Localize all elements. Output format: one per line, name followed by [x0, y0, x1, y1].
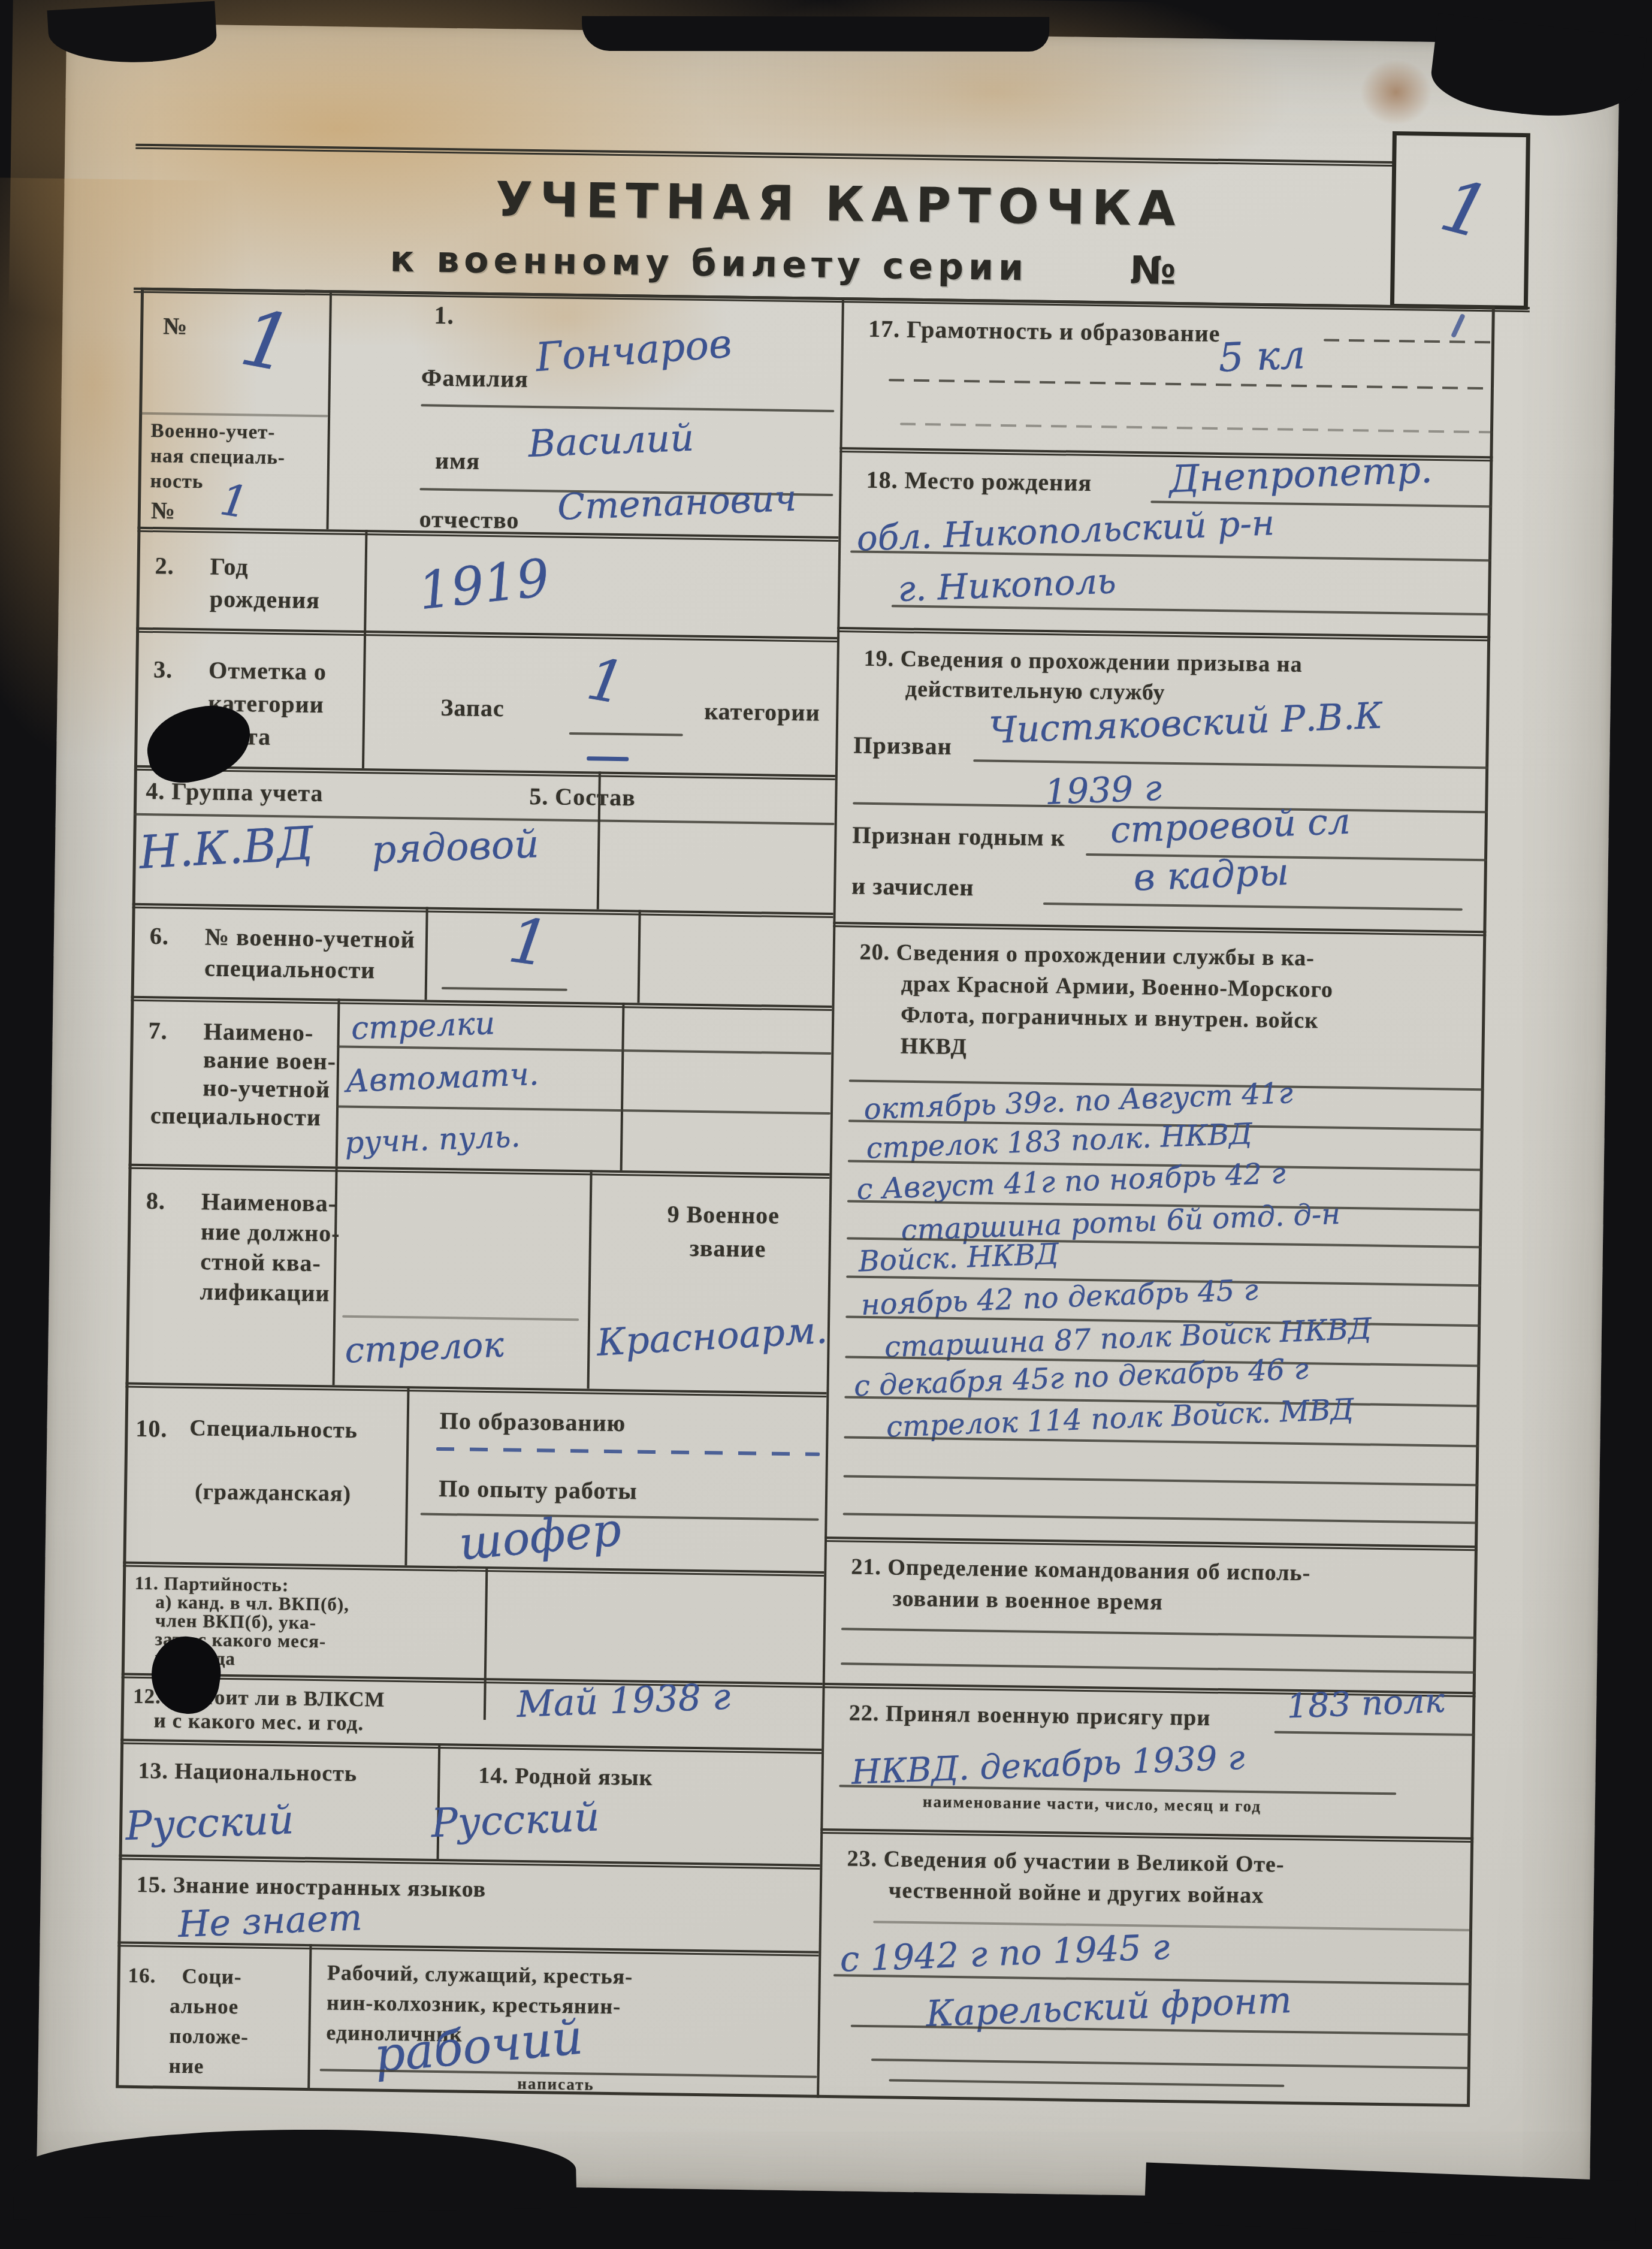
field16-caption: написать [517, 2075, 594, 2094]
field12-value: Май 1938 г [516, 1676, 731, 1726]
rust-spot [1360, 59, 1433, 126]
patronymic-label: отчество [419, 506, 519, 533]
field9-label-1: 9 Военное [667, 1201, 780, 1228]
surname-label: Фамилия [421, 364, 528, 392]
field7-label-3: но-учетной [203, 1074, 330, 1102]
scan-background: УЧЕТНАЯ КАРТОЧКА к военному билету серии… [0, 0, 1652, 2249]
field8-label-1: Наименова- [201, 1188, 337, 1216]
field16-opt-1: Рабочий, служащий, крестья- [327, 1961, 633, 1988]
zachislen-value: в кадры [1132, 850, 1289, 899]
field1-num: 1. [434, 303, 454, 330]
field14-value: Русский [430, 1794, 600, 1846]
field10-label-2: (гражданская) [195, 1480, 352, 1507]
field3-num: 3. [153, 656, 173, 683]
card-subtitle: к военному билету серии [389, 239, 1028, 289]
field16-label-3: положе- [169, 2025, 249, 2049]
field6-label-2: специальности [204, 955, 376, 983]
field10-num: 10. [135, 1415, 168, 1442]
field20-label-4: НКВД [900, 1034, 967, 1060]
field8-label-3: стной ква- [200, 1248, 321, 1276]
field7-label-1: Наимено- [203, 1018, 313, 1046]
name-label: имя [435, 448, 481, 474]
field16-label-4: ние [168, 2055, 204, 2078]
field5-label: 5. Состав [529, 783, 636, 811]
header-top-rule [135, 144, 1394, 167]
field8-label-4: лификации [200, 1278, 330, 1306]
field4-label: 4. Группа учета [146, 778, 324, 806]
vus-label-1: Военно-учет- [151, 421, 276, 444]
torn-edge [582, 16, 1049, 52]
field10-label-1: Специальность [189, 1416, 358, 1443]
field4-value: Н.К.ВД [138, 816, 315, 879]
field16-label-2: альное [170, 1995, 239, 2018]
field7-value-3: ручн. пуль. [344, 1119, 521, 1160]
field5-value: рядовой [371, 822, 540, 873]
field2-label-2: рождения [210, 585, 321, 613]
card-title: УЧЕТНАЯ КАРТОЧКА [496, 171, 1183, 237]
field18-value-3: г. Никополь [897, 560, 1117, 609]
field8-label-2: ние должно- [201, 1218, 340, 1246]
torn-edge [1428, 13, 1647, 127]
field8-num: 8. [146, 1188, 166, 1214]
ink-dash [587, 756, 629, 761]
field19-label-2: действительную службу [905, 677, 1165, 705]
torn-edge [12, 2124, 577, 2220]
field6-num: 6. [150, 923, 170, 949]
torn-edge [47, 1, 218, 67]
field22-label: 22. Принял военную присягу при [849, 1701, 1211, 1731]
field22-value-1: 183 полк [1286, 1682, 1445, 1726]
field8-value: стрелок [344, 1324, 505, 1371]
field16-num: 16. [128, 1964, 156, 1987]
series-number-sign: № [1129, 249, 1183, 294]
field7-label-2: вание воен- [203, 1046, 336, 1074]
field6-label-1: № военно-учетной [205, 923, 415, 952]
zapas-label: Запас [440, 695, 505, 722]
goden-label: Признан годным к [852, 822, 1065, 850]
edu-label: По образованию [439, 1408, 626, 1436]
reg-no-sign: № [163, 313, 188, 339]
field18-label: 18. Место рождения [866, 467, 1092, 496]
field17-value: 5 кл [1218, 331, 1306, 381]
vus-label-3: ность [150, 471, 203, 493]
torn-edge [1144, 2163, 1637, 2241]
field15-value: Не знает [177, 1897, 363, 1946]
field16-label-1: Соци- [182, 1965, 241, 1988]
field15-label: 15. Знание иностранных языков [137, 1873, 487, 1902]
field13-label: 13. Национальность [138, 1759, 357, 1786]
prizvan-label: Призван [853, 732, 952, 759]
field7-value-2: Автоматч. [345, 1056, 540, 1100]
name-value: Василий [527, 415, 694, 466]
field7-value-1: стрелки [351, 1006, 496, 1047]
field2-num: 2. [155, 553, 174, 579]
field7-label-4: специальности [150, 1102, 322, 1130]
field21-label-2: зовании в военное время [892, 1587, 1163, 1615]
field7-num: 7. [148, 1018, 168, 1044]
document-sheet: УЧЕТНАЯ КАРТОЧКА к военному билету серии… [37, 23, 1620, 2202]
field2-label-1: Год [210, 553, 249, 579]
field9-label-2: звание [690, 1235, 766, 1262]
vus-label-2: ная специаль- [150, 446, 285, 469]
exp-label: По опыту работы [439, 1475, 638, 1504]
field23-label-2: чественной войне и других войнах [889, 1878, 1264, 1908]
field14-label: 14. Родной язык [478, 1764, 653, 1791]
vus-no-sign: № [151, 497, 176, 524]
field3-label-1: Отметка о [209, 657, 327, 684]
field17-label: 17. Грамотность и образование [868, 316, 1221, 346]
field13-value: Русский [125, 1797, 295, 1849]
zachislen-label: и зачислен [851, 873, 974, 900]
kategorii-label: категории [704, 698, 820, 726]
